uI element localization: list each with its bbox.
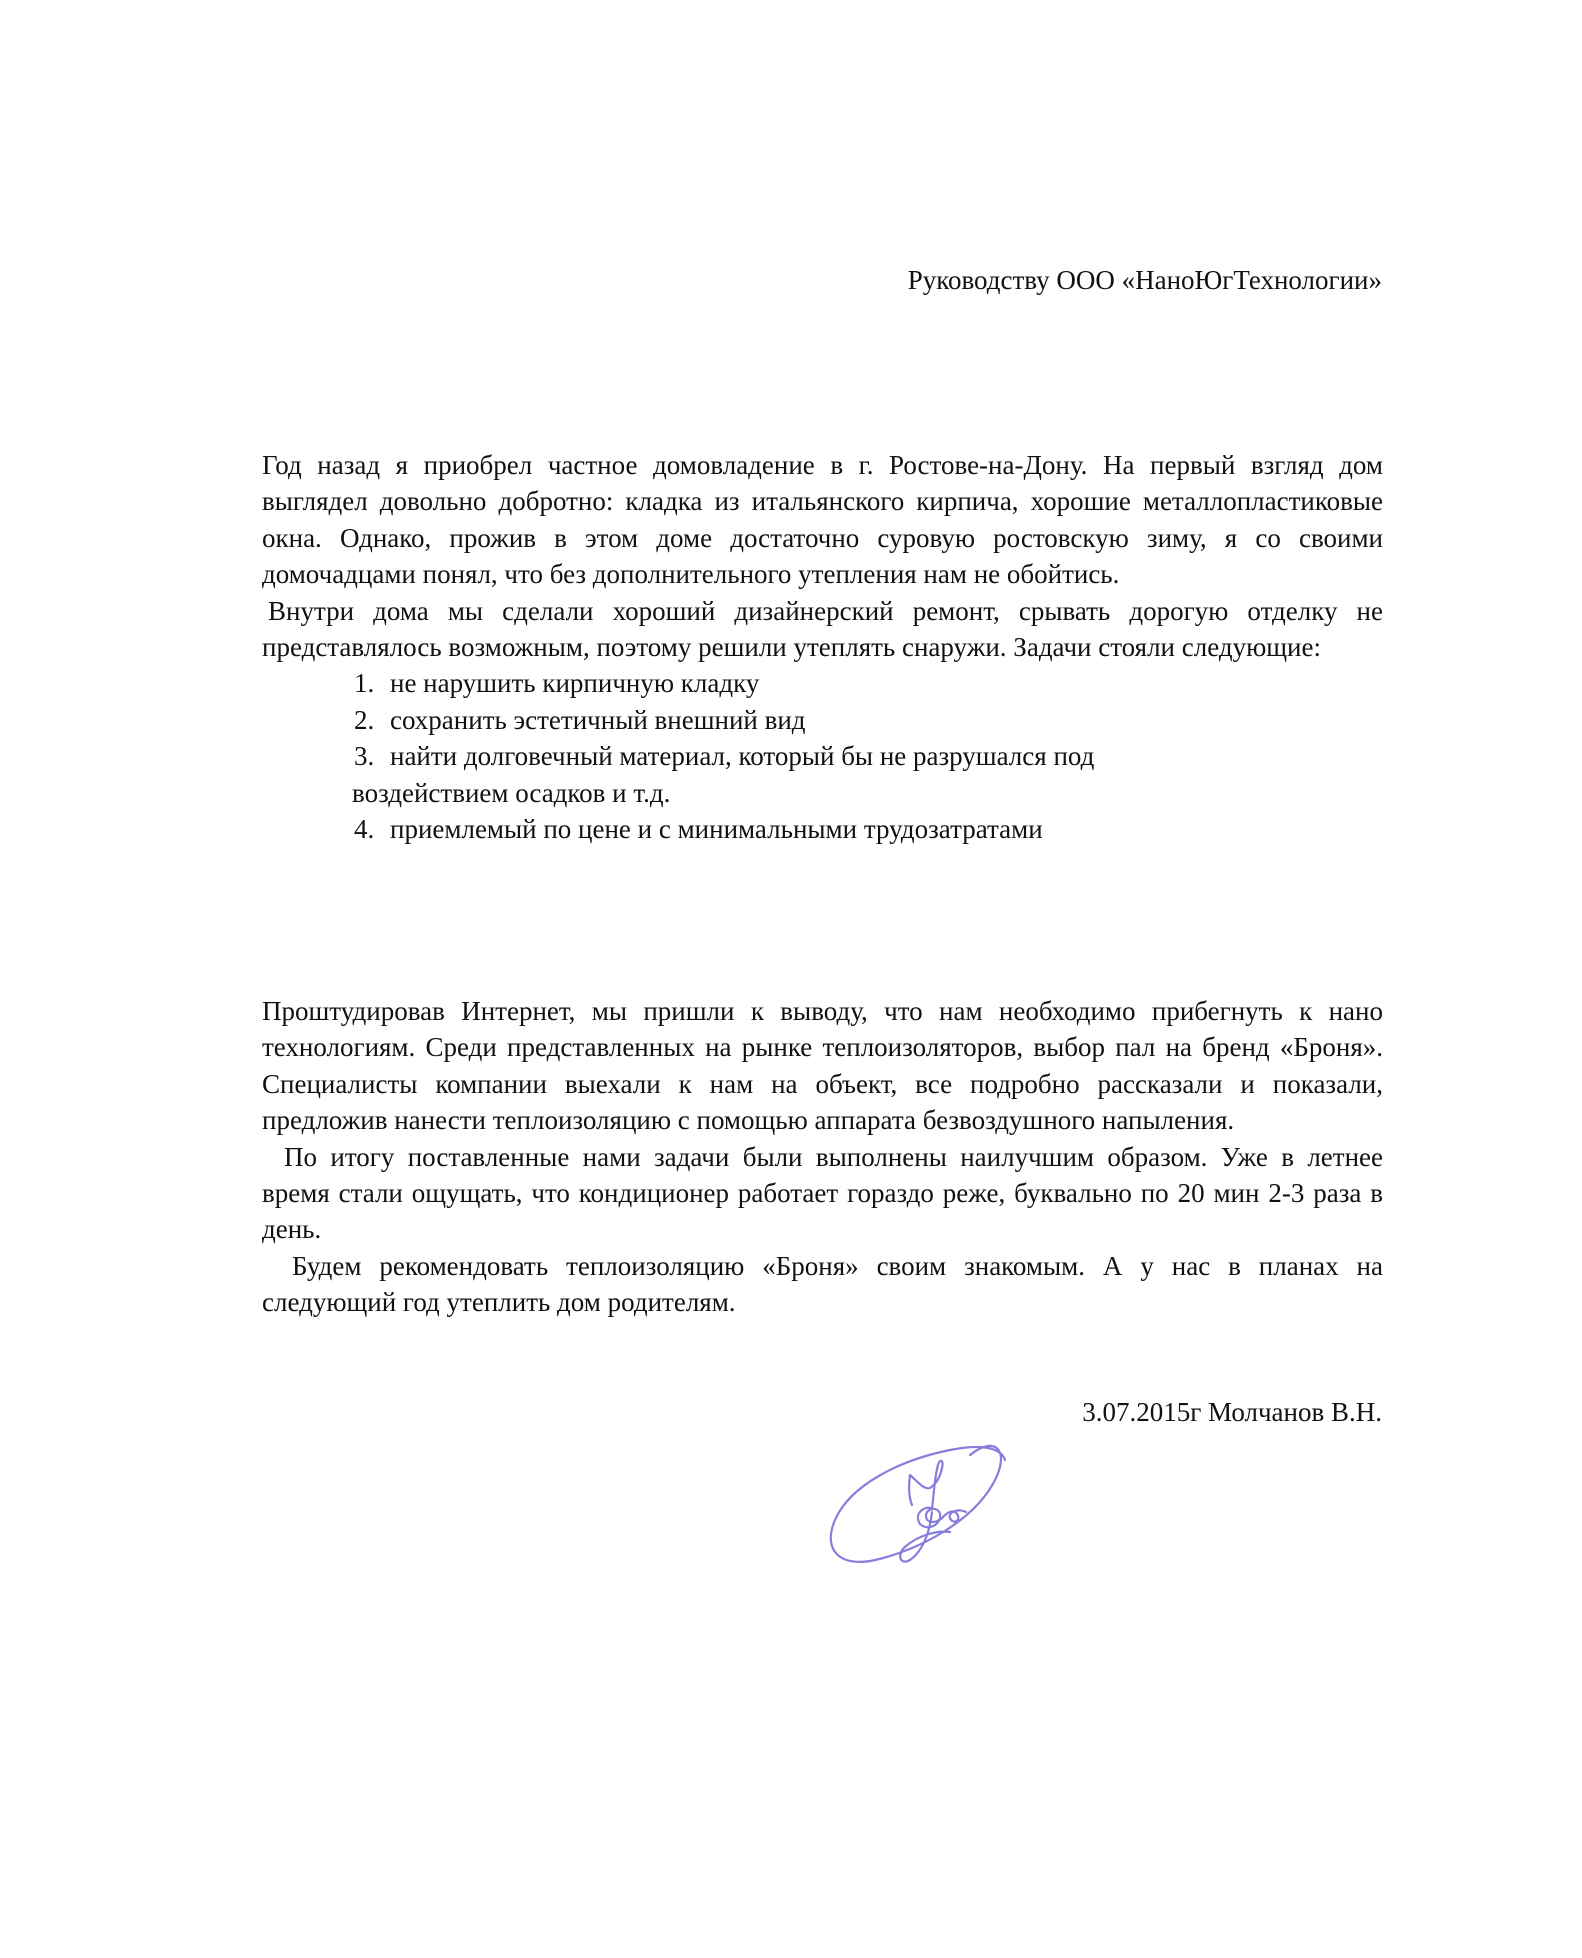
task-number: 1. xyxy=(354,665,390,701)
task-item: 1.не нарушить кирпичную кладку xyxy=(354,665,1383,701)
letter-page: Руководству ООО «НаноЮгТехнологии» Год н… xyxy=(0,0,1582,1958)
task-list: 1.не нарушить кирпичную кладку 2.сохрани… xyxy=(262,665,1383,847)
paragraph-tasks-intro: Внутри дома мы сделали хороший дизайнерс… xyxy=(262,593,1383,666)
paragraph-results: По итогу поставленные нами задачи были в… xyxy=(262,1139,1383,1248)
addressee-line: Руководству ООО «НаноЮгТехнологии» xyxy=(908,262,1382,298)
date-and-signatory: 3.07.2015г Молчанов В.Н. xyxy=(1082,1394,1382,1430)
task-number: 4. xyxy=(354,811,390,847)
task-item: 3.найти долговечный материал, который бы… xyxy=(354,738,1383,811)
task-number: 3. xyxy=(354,738,390,774)
task-text: приемлемый по цене и с минимальными труд… xyxy=(390,814,1043,844)
task-item: 2.сохранить эстетичный внешний вид xyxy=(354,702,1383,738)
paragraph-recommendation: Будем рекомендовать теплоизоляцию «Броня… xyxy=(262,1248,1383,1321)
task-number: 2. xyxy=(354,702,390,738)
letter-body-section-2: Проштудировав Интернет, мы пришли к выво… xyxy=(262,993,1383,1321)
paragraph-research: Проштудировав Интернет, мы пришли к выво… xyxy=(262,993,1383,1139)
task-text-continuation: воздействием осадков и т.д. xyxy=(352,775,1383,811)
handwritten-signature-icon xyxy=(810,1420,1030,1570)
task-item: 4.приемлемый по цене и с минимальными тр… xyxy=(354,811,1383,847)
paragraph-purchase: Год назад я приобрел частное домовладени… xyxy=(262,447,1383,593)
task-text: не нарушить кирпичную кладку xyxy=(390,668,759,698)
task-text: сохранить эстетичный внешний вид xyxy=(390,705,806,735)
task-text: найти долговечный материал, который бы н… xyxy=(390,741,1094,771)
letter-body-section-1: Год назад я приобрел частное домовладени… xyxy=(262,447,1383,847)
